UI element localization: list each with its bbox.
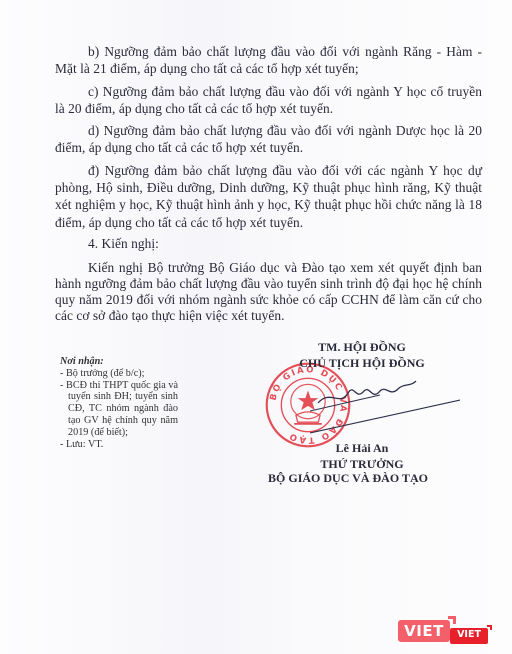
recipient-item: - BCĐ thi THPT quốc gia và tuyển sinh ĐH…	[60, 380, 178, 439]
paragraph-d: d) Ngưỡng đảm bảo chất lượng đầu vào đối…	[55, 122, 482, 156]
signature-title: CHỦ TỊCH HỘI ĐỒNG	[262, 356, 462, 371]
watermark-small-text: VIET	[450, 628, 488, 644]
recipient-item: - Bộ trưởng (để b/c);	[60, 368, 178, 380]
paragraph-dd: đ) Ngưỡng đảm bảo chất lượng đầu vào đối…	[55, 162, 482, 231]
signer-organization: BỘ GIÁO DỤC VÀ ĐÀO TẠO	[228, 471, 468, 486]
section-4-heading: 4. Kiến nghị:	[55, 235, 482, 252]
recommendation-paragraph: Kiến nghị Bộ trưởng Bộ Giáo dục và Đào t…	[55, 260, 482, 324]
signature-on-behalf: TM. HỘI ĐỒNG	[262, 340, 462, 355]
watermark-big-text: VIET	[398, 620, 450, 642]
recipient-item: - Lưu: VT.	[60, 439, 178, 451]
signature-icon	[310, 375, 460, 435]
signer-position: THỨ TRƯỞNG	[262, 457, 462, 472]
paragraph-dd-text: đ) Ngưỡng đảm bảo chất lượng đầu vào đối…	[55, 163, 482, 230]
document-page: b) Ngưỡng đảm bảo chất lượng đầu vào đối…	[0, 0, 512, 654]
recipients-block: Nơi nhận: - Bộ trưởng (để b/c); - BCĐ th…	[60, 356, 178, 450]
paragraph-b: b) Ngưỡng đảm bảo chất lượng đầu vào đối…	[55, 43, 482, 77]
paragraph-c-text: c) Ngưỡng đảm bảo chất lượng đầu vào đối…	[55, 84, 482, 116]
paragraph-c: c) Ngưỡng đảm bảo chất lượng đầu vào đối…	[55, 83, 482, 117]
recommendation-text: Kiến nghị Bộ trưởng Bộ Giáo dục và Đào t…	[55, 260, 482, 323]
signer-name: Lê Hải An	[262, 441, 462, 456]
paragraph-d-text: d) Ngưỡng đảm bảo chất lượng đầu vào đối…	[55, 123, 482, 155]
paragraph-b-text: b) Ngưỡng đảm bảo chất lượng đầu vào đối…	[55, 44, 482, 76]
section-4-heading-text: 4. Kiến nghị:	[88, 236, 159, 251]
recipients-title: Nơi nhận:	[60, 356, 178, 368]
vietnamnet-watermark-logo: VIET VIET	[398, 617, 498, 647]
